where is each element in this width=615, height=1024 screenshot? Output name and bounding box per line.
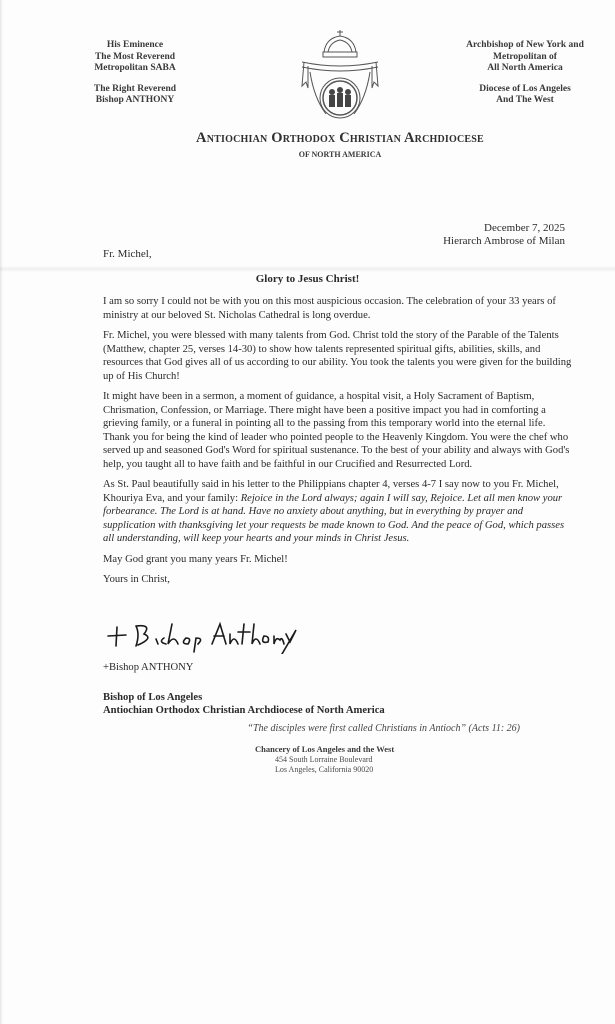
left-line: Bishop ANTHONY xyxy=(60,95,210,107)
chancery-name: Chancery of Los Angeles and the West xyxy=(255,744,394,754)
letter-body: I am so sorry I could not be with you on… xyxy=(103,295,573,594)
left-line: The Most Reverend xyxy=(60,52,210,64)
letterhead-left-block: His Eminence The Most Reverend Metropoli… xyxy=(60,40,210,107)
address-line: 454 South Lorraine Boulevard xyxy=(275,755,373,765)
salutation: Fr. Michel, xyxy=(103,248,152,260)
signer-titles: Bishop of Los Angeles Antiochian Orthodo… xyxy=(103,692,385,717)
right-line: All North America xyxy=(445,63,605,75)
letter-date: December 7, 2025 xyxy=(380,222,565,235)
signer-title: Bishop of Los Angeles xyxy=(103,692,385,705)
date-block: December 7, 2025 Hierarch Ambrose of Mil… xyxy=(380,222,565,248)
paper-fold-line xyxy=(0,266,615,272)
paragraph: I am so sorry I could not be with you on… xyxy=(103,295,573,322)
organization-name: Antiochian Orthodox Christian Archdioces… xyxy=(100,130,580,147)
left-line: His Eminence xyxy=(60,40,210,52)
left-line: The Right Reverend xyxy=(60,84,210,96)
crown-and-seal-crest-icon xyxy=(296,26,384,122)
left-line: Metropolitan SABA xyxy=(60,63,210,75)
right-line: And The West xyxy=(445,95,605,107)
signer-name: +Bishop ANTHONY xyxy=(103,662,193,673)
right-line: Archbishop of New York and xyxy=(445,40,605,52)
scan-edge-shadow xyxy=(0,0,3,1024)
right-line: Metropolitan of xyxy=(445,52,605,64)
letterhead-right-block: Archbishop of New York and Metropolitan … xyxy=(445,40,605,107)
closing: Yours in Christ, xyxy=(103,573,573,587)
wish: May God grant you many years Fr. Michel! xyxy=(103,553,573,567)
paragraph-scripture: As St. Paul beautifully said in his lett… xyxy=(103,478,573,546)
handwritten-signature xyxy=(100,614,300,654)
address-line: Los Angeles, California 90020 xyxy=(275,765,373,775)
signer-title: Antiochian Orthodox Christian Archdioces… xyxy=(103,705,385,718)
footer-quote: “The disciples were first called Christi… xyxy=(100,723,520,734)
feast-day: Hierarch Ambrose of Milan xyxy=(380,235,565,248)
chancery-address: 454 South Lorraine Boulevard Los Angeles… xyxy=(275,755,373,775)
greeting: Glory to Jesus Christ! xyxy=(0,273,615,285)
organization-subtitle: OF NORTH AMERICA xyxy=(100,150,580,159)
paragraph: Fr. Michel, you were blessed with many t… xyxy=(103,329,573,383)
right-line: Diocese of Los Angeles xyxy=(445,84,605,96)
paragraph: It might have been in a sermon, a moment… xyxy=(103,390,573,471)
